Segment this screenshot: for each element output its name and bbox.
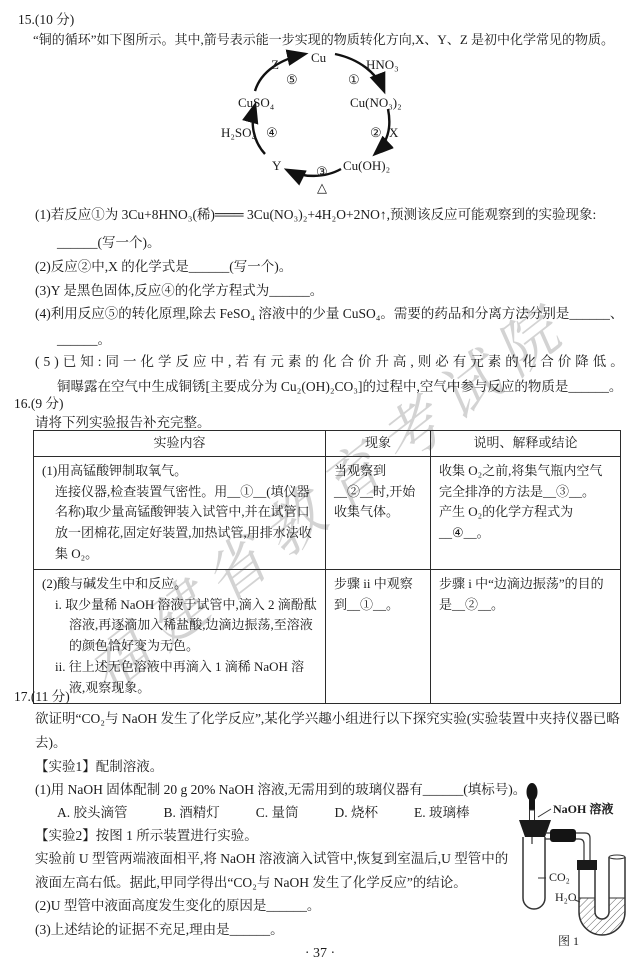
row1-conclusion-2: 产生 O₂的化学方程式为 [439, 502, 612, 523]
experiment-report-table: 实验内容 现象 说明、解释或结论 (1)用高锰酸钾制取氧气。 连接仪器,检查装置… [33, 430, 621, 704]
apparatus-figure: NaOH 溶液 CO₂ H₂O 图 1 [505, 762, 637, 962]
row1-content-cell: (1)用高锰酸钾制取氧气。 连接仪器,检查装置气密性。用__①__(填仪器名称)… [34, 456, 326, 569]
option-e: E. 玻璃棒 [414, 801, 470, 821]
q15-item5-line1: (5)已知:同一化学反应中,若有元素的化合价升高,则必有元素的化合价降低。 [35, 350, 628, 370]
node-cuoh: Cu(OH)₂ [343, 158, 390, 174]
label-step2: ② [370, 125, 382, 141]
co2-label: CO₂ [549, 870, 570, 885]
test-tube [523, 837, 545, 909]
dropper-bulb [527, 783, 538, 801]
label-h2so4: H₂SO₄ [221, 125, 256, 141]
page-number: · 37 · [0, 946, 640, 962]
copper-cycle-diagram: Cu Z ⑤ ① HNO₃ CuSO₄ Cu(NO₃)₂ H₂SO₄ ④ ② X… [195, 47, 480, 205]
q17-item2: (2)U 型管中液面高度发生变化的原因是______。 [35, 894, 320, 914]
dropper-neck [529, 799, 535, 810]
q15-item2: (2)反应②中,X 的化学式是______(写一个)。 [35, 255, 292, 275]
table-row: (2)酸与碱发生中和反应。 i. 取少量稀 NaOH 溶液于试管中,滴入 2 滴… [34, 569, 621, 703]
option-a: A. 胶头滴管 [57, 801, 128, 821]
row2-conclusion-cell: 步骤 i 中“边滴边振荡”的目的是__②__。 [431, 569, 621, 703]
row1-conclusion-1: 收集 O₂之前,将集气瓶内空气完全排净的方法是__③__。 [439, 461, 612, 503]
q15-intro: “铜的循环”如下图所示。其中,箭号表示能一步实现的物质转化方向,X、Y、Z 是初… [33, 29, 614, 48]
row2-content-title: (2)酸与碱发生中和反应。 [42, 574, 317, 595]
q16-heading: 16.(9 分) [14, 392, 64, 412]
row1-phenomenon-cell: 当观察到__②__时,开始收集气体。 [326, 456, 431, 569]
table-row: (1)用高锰酸钾制取氧气。 连接仪器,检查装置气密性。用__①__(填仪器名称)… [34, 456, 621, 569]
connecting-tube-inner [545, 839, 584, 860]
q16-intro: 请将下列实验报告补充完整。 [35, 411, 211, 431]
arrow-step3 [287, 169, 341, 176]
q17-intro-line2: 去)。 [35, 731, 67, 751]
row1-conclusion-3: __④__。 [439, 523, 612, 544]
q17-options-row: A. 胶头滴管 B. 酒精灯 C. 量筒 D. 烧杯 E. 玻璃棒 [57, 801, 470, 821]
row2-content-step-ii: ii. 往上述无色溶液中再滴入 1 滴稀 NaOH 溶液,观察现象。 [55, 657, 317, 699]
q17-intro-line1: 欲证明“CO₂与 NaOH 发生了化学反应”,某化学兴趣小组进行以下探究实验(实… [35, 707, 620, 727]
table-header-row: 实验内容 现象 说明、解释或结论 [34, 431, 621, 457]
q15-item4-line1: (4)利用反应⑤的转化原理,除去 FeSO₄ 溶液中的少量 CuSO₄。需要的药… [35, 302, 623, 322]
label-step4: ④ [266, 125, 278, 141]
option-b: B. 酒精灯 [164, 801, 220, 821]
q17-exp2-label: 【实验2】按图 1 所示装置进行实验。 [35, 824, 258, 844]
header-content: 实验内容 [34, 431, 326, 457]
q15-item1-line1: (1)若反应①为 3Cu+8HNO₃(稀)═══ 3Cu(NO₃)₂+4H₂O+… [35, 203, 596, 223]
node-y: Y [272, 158, 281, 174]
label-hno3: HNO₃ [366, 57, 399, 73]
q15-item5-line2: 铜曝露在空气中生成铜锈[主要成分为 Cu₂(OH)₂CO₃]的过程中,空气中参与… [57, 375, 622, 395]
row1-content-title: (1)用高锰酸钾制取氧气。 [42, 461, 317, 482]
row1-content-body: 连接仪器,检查装置气密性。用__①__(填仪器名称)取少量高锰酸钾装入试管中,并… [55, 482, 317, 565]
rubber-stopper [519, 820, 551, 837]
q17-exp1-label: 【实验1】配制溶液。 [35, 755, 163, 775]
q15-heading: 15.(10 分) [18, 8, 74, 28]
utube-bore [595, 898, 609, 919]
option-c: C. 量筒 [256, 801, 299, 821]
option-d: D. 烧杯 [335, 801, 379, 821]
label-step5: ⑤ [286, 72, 298, 88]
rubber-connector [550, 829, 576, 842]
node-cuno3: Cu(NO₃)₂ [350, 95, 402, 111]
label-step1: ① [348, 72, 360, 88]
q17-body-line2: 液面左高右低。据此,甲同学得出“CO₂与 NaOH 发生了化学反应”的结论。 [35, 871, 467, 891]
q17-heading: 17.(11 分) [14, 685, 70, 705]
label-step3: ③ [316, 164, 328, 180]
label-x: X [389, 125, 398, 141]
exam-page: 福建省教育考试院 15.(10 分) “铜的循环”如下图所示。其中,箭号表示能一… [0, 0, 640, 976]
utube-stopper [577, 860, 597, 870]
node-cu: Cu [311, 50, 326, 66]
q15-item3: (3)Y 是黑色固体,反应④的化学方程式为______。 [35, 279, 323, 299]
q15-item1-line2: ______(写一个)。 [57, 231, 161, 251]
naoh-leader-line [538, 809, 551, 817]
utube-rim [609, 855, 625, 859]
q17-item3: (3)上述结论的证据不充足,理由是______。 [35, 918, 284, 938]
row2-content-step-i: i. 取少量稀 NaOH 溶液于试管中,滴入 2 滴酚酞溶液,再逐滴加入稀盐酸,… [55, 595, 317, 657]
header-conclusion: 说明、解释或结论 [431, 431, 621, 457]
label-delta: △ [317, 180, 327, 196]
row1-conclusion-cell: 收集 O₂之前,将集气瓶内空气完全排净的方法是__③__。 产生 O₂的化学方程… [431, 456, 621, 569]
header-phenomenon: 现象 [326, 431, 431, 457]
node-cuso4: CuSO₄ [238, 95, 274, 111]
h2o-label: H₂O [555, 890, 577, 905]
q15-item4-line2: ______。 [57, 328, 111, 348]
naoh-solution-label: NaOH 溶液 [553, 800, 613, 817]
row2-content-cell: (2)酸与碱发生中和反应。 i. 取少量稀 NaOH 溶液于试管中,滴入 2 滴… [34, 569, 326, 703]
row2-phenomenon-cell: 步骤 ii 中观察到__①__。 [326, 569, 431, 703]
label-z: Z [271, 57, 279, 73]
q17-body-line1: 实验前 U 型管两端液面相平,将 NaOH 溶液滴入试管中,恢复到室温后,U 型… [35, 847, 508, 867]
q17-item1: (1)用 NaOH 固体配制 20 g 20% NaOH 溶液,无需用到的玻璃仪… [35, 778, 526, 798]
